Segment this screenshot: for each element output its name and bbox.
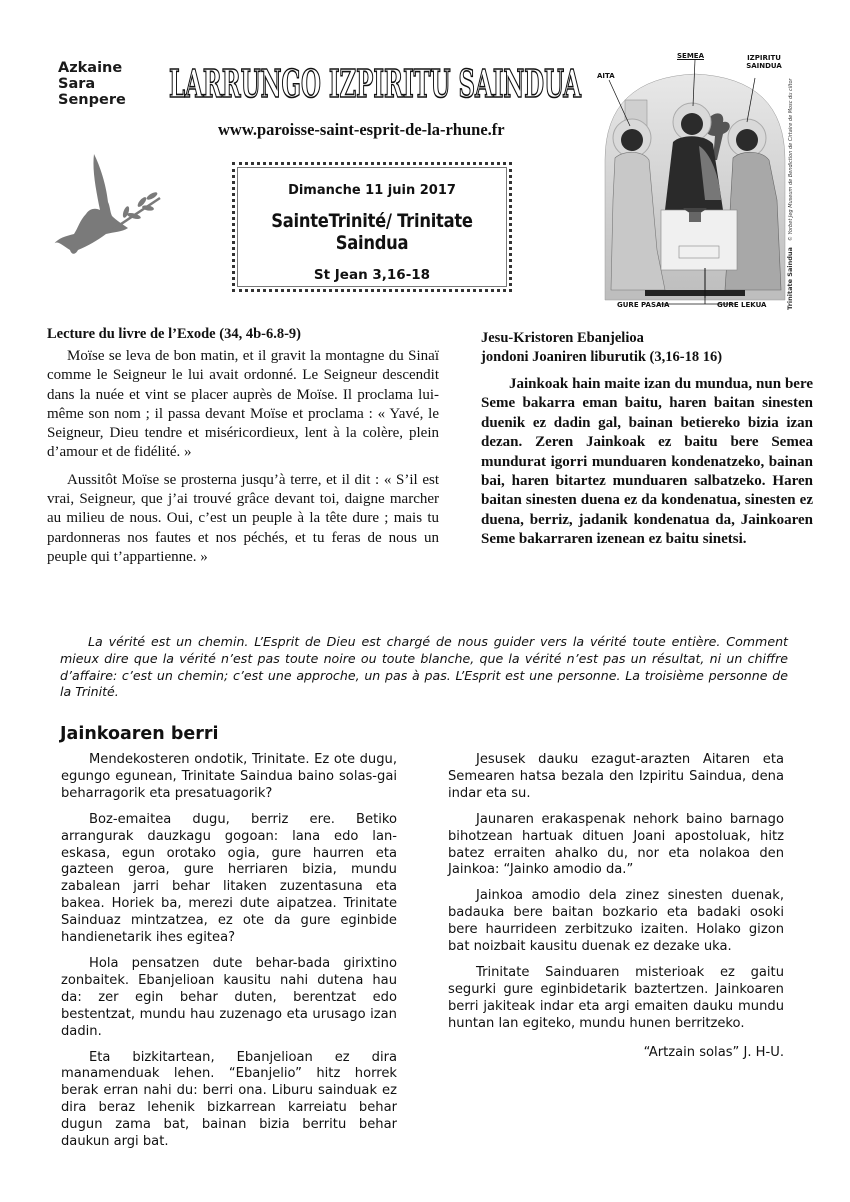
article-paragraph: Jainkoa amodio dela zinez sinesten duena… [448, 888, 784, 956]
reading-gospel-basque: Jesu-Kristoren Ebanjelioa jondoni Joanir… [481, 329, 813, 550]
article-column-right: Jesusek dauku ezagut-arazten Aitaren eta… [448, 752, 784, 1071]
website-link[interactable]: www.paroisse-saint-esprit-de-la-rhune.fr [218, 120, 505, 140]
article-paragraph: Mendekosteren ondotik, Trinitate. Ez ote… [61, 752, 397, 803]
icon-label-gure-lekua: GURE LEKUA [717, 301, 766, 309]
reading-exodus: Lecture du livre de l’Exode (34, 4b-6.8-… [47, 326, 439, 575]
trinity-icon-illustration [595, 50, 795, 312]
article-paragraph: Boz-emaitea dugu, berriz ere. Betiko arr… [61, 812, 397, 947]
gospel-title-line1: Jesu-Kristoren Ebanjelioa [481, 329, 813, 348]
reading-exodus-title: Lecture du livre de l’Exode (34, 4b-6.8-… [47, 326, 439, 343]
town-name: Sara [58, 76, 126, 92]
image-credit: Trinitate Saindua© Yorbet Jeg Museum de … [786, 130, 800, 310]
article-paragraph: Hola pensatzen dute behar-bada girixtino… [61, 956, 397, 1041]
town-name: Azkaine [58, 60, 126, 76]
article-title: Jainkoaren berri [60, 724, 218, 744]
gospel-paragraph: Jainkoak hain maite izan du mundua, nun … [481, 375, 813, 550]
icon-label-aita: AITA [597, 72, 615, 80]
parish-towns: Azkaine Sara Senpere [58, 60, 126, 108]
image-caption: Trinitate Saindua [786, 247, 794, 310]
masthead-text: LARRUNGO IZPIRITU SAINDUA [169, 61, 581, 106]
gospel-title-line2: jondoni Joaniren liburutik (3,16-18 16) [481, 348, 813, 367]
gospel-reference: St Jean 3,16-18 [235, 267, 509, 283]
town-name: Senpere [58, 92, 126, 108]
article-paragraph: Jaunaren erakaspenak nehork baino barnag… [448, 812, 784, 880]
feast-title: SainteTrinité/ Trinitate Saindua [254, 210, 490, 254]
masthead-title: LARRUNGO IZPIRITU SAINDUA [165, 56, 585, 106]
article-paragraph: Trinitate Sainduaren misterioak ez gaitu… [448, 965, 784, 1033]
image-copyright: © Yorbet Jeg Museum de Bendiction de Cir… [788, 78, 794, 241]
dove-icon [52, 150, 172, 260]
article-paragraph: Jesusek dauku ezagut-arazten Aitaren eta… [448, 752, 784, 803]
reflection-text: La vérité est un chemin. L’Esprit de Die… [60, 634, 788, 701]
icon-label-gure-pasaia: GURE PASAIA [617, 301, 669, 309]
article-column-left: Mendekosteren ondotik, Trinitate. Ez ote… [61, 752, 397, 1160]
date-box: Dimanche 11 juin 2017 SainteTrinité/ Tri… [232, 162, 512, 292]
icon-label-izpiritu-saindua: IZPIRITU SAINDUA [743, 54, 785, 70]
article-signature: “Artzain solas” J. H-U. [448, 1045, 784, 1062]
icon-label-semea: SEMEA [677, 52, 704, 60]
service-date: Dimanche 11 juin 2017 [235, 183, 509, 198]
reading-paragraph: Aussitôt Moïse se prosterna jusqu’à terr… [47, 471, 439, 567]
reading-paragraph: Moïse se leva de bon matin, et il gravit… [47, 347, 439, 463]
article-paragraph: Eta bizkitartean, Ebanjelioan ez dira ma… [61, 1050, 397, 1151]
trinity-icon-image: AITA SEMEA IZPIRITU SAINDUA GURE PASAIA … [595, 50, 795, 312]
